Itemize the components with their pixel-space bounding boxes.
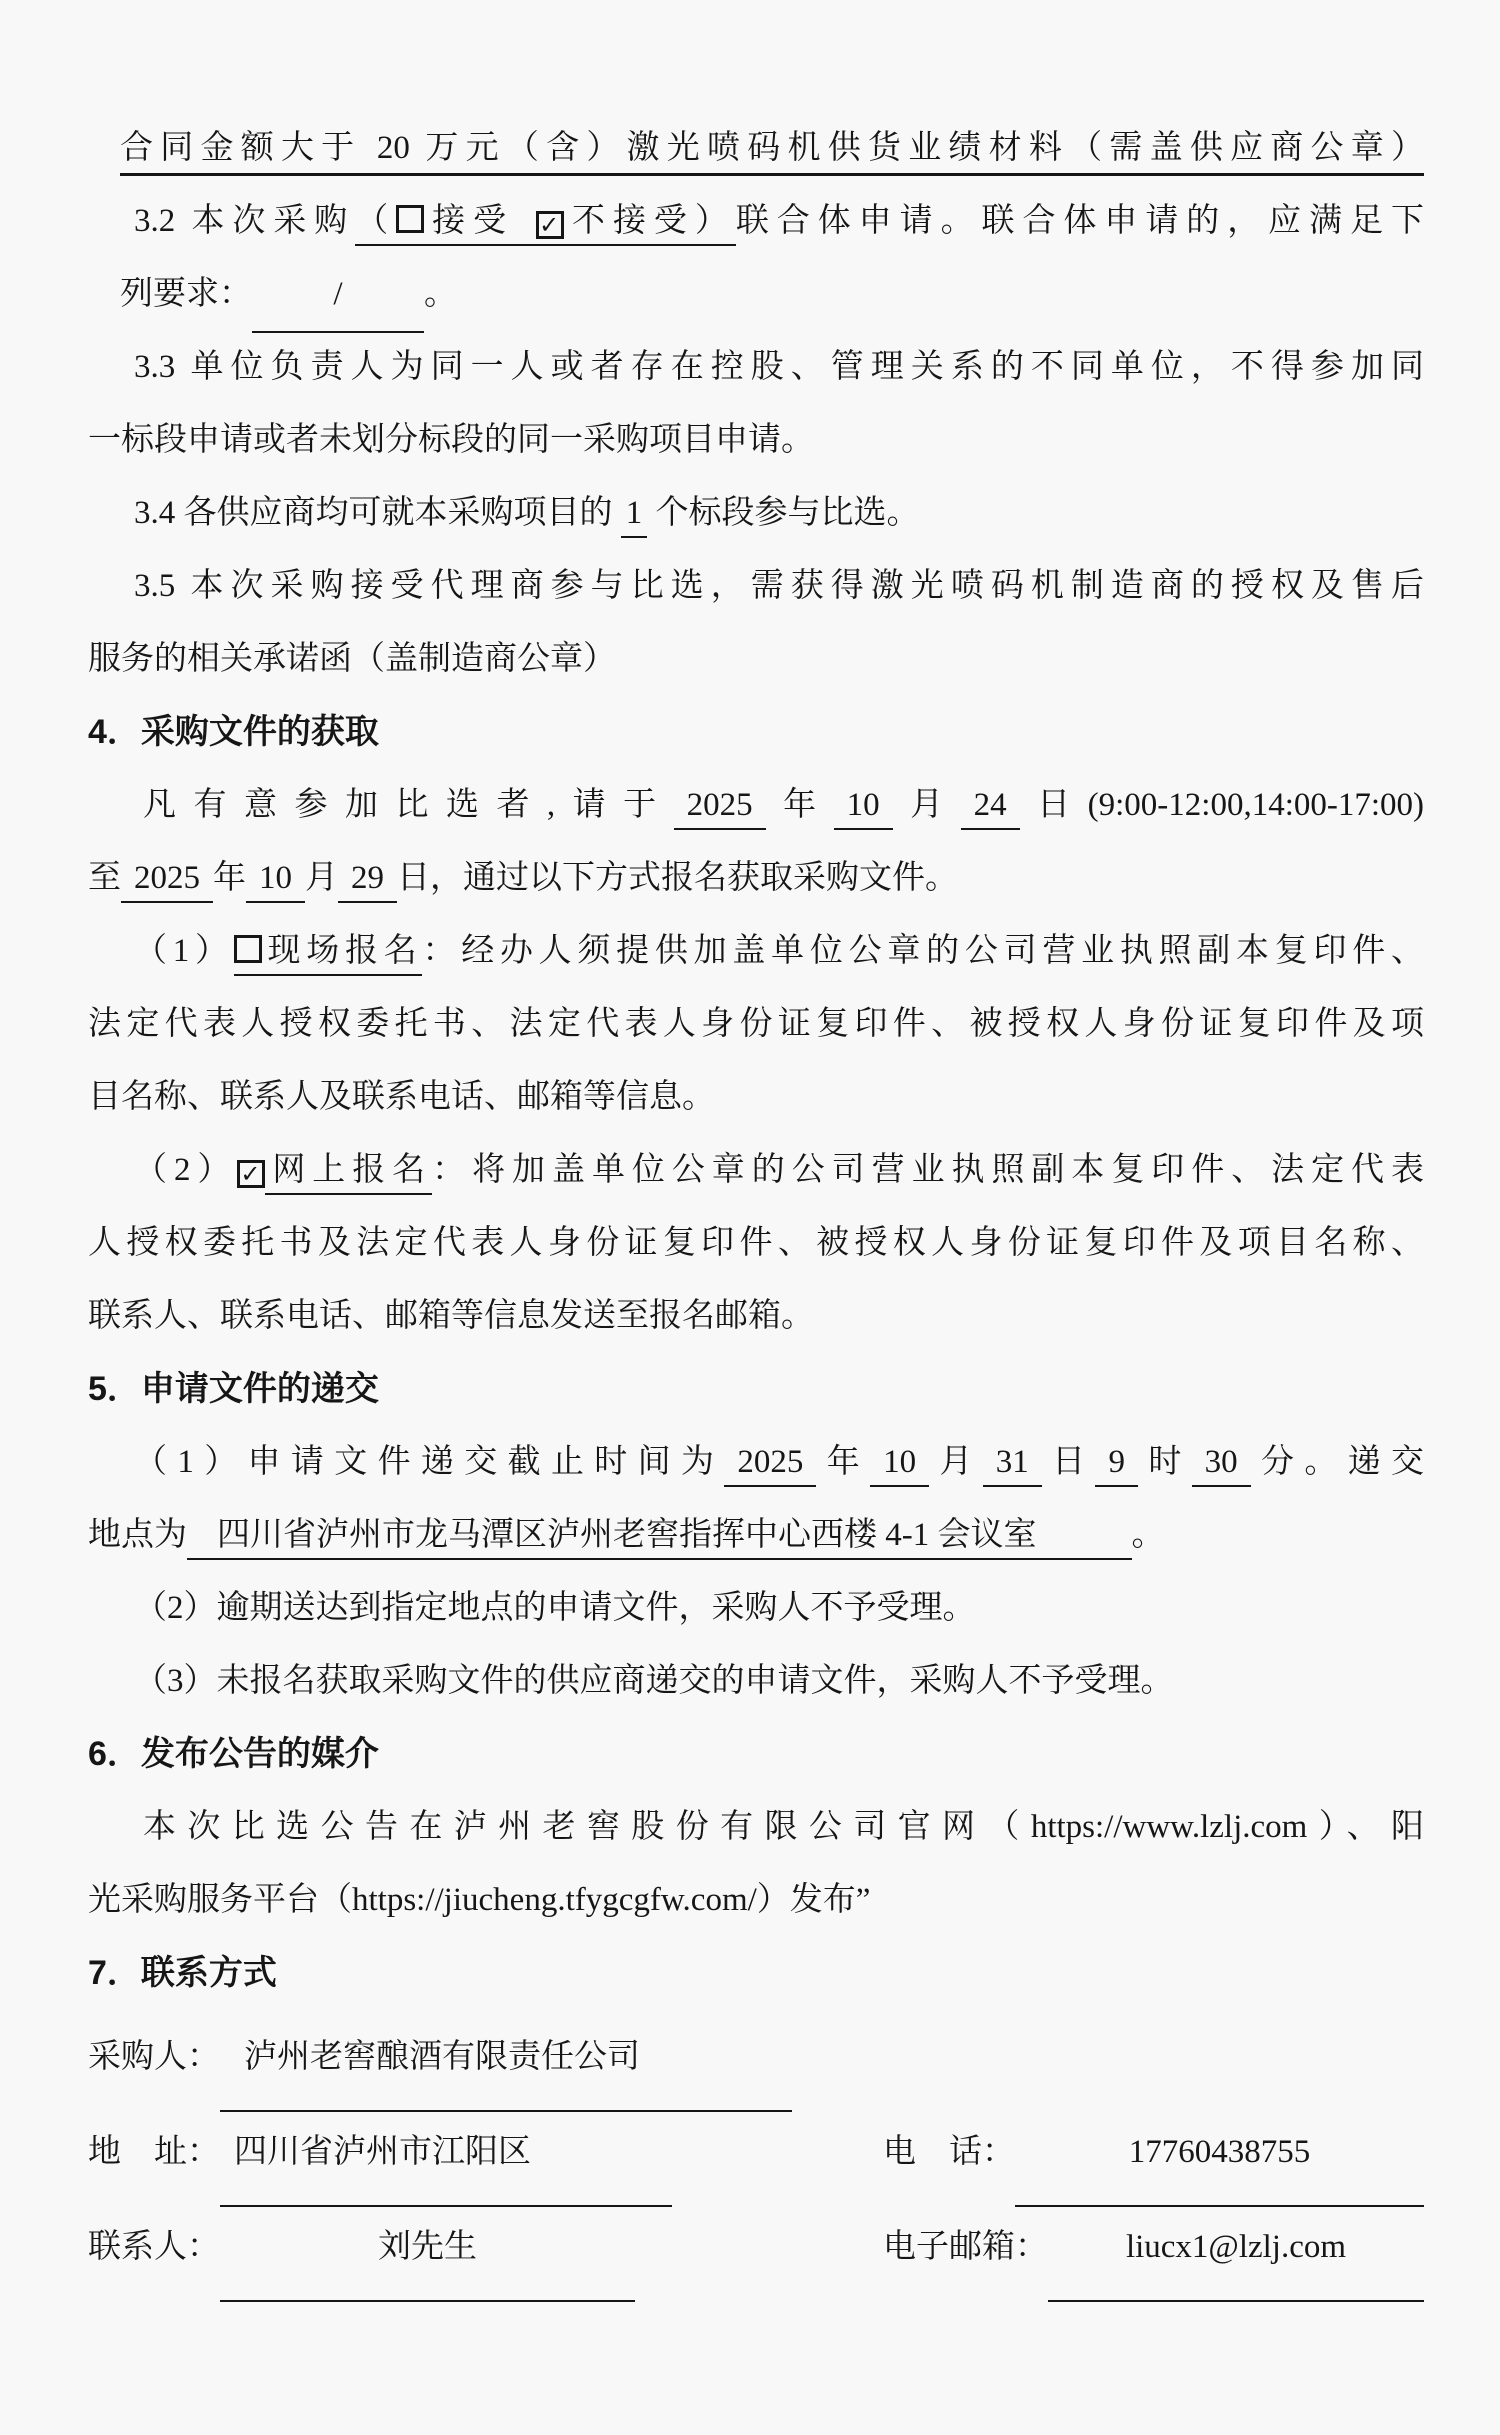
clause-3-2-tail: 联合体申请。联合体申请的，应满足下 [736, 203, 1424, 239]
location-lead: 地点为 [88, 1517, 187, 1553]
year-label-2: 年 [213, 860, 246, 896]
paren-close: ） [695, 203, 736, 239]
office-hours: 日(9:00-12:00,14:00-17:00) [1020, 787, 1424, 823]
start-month: 10 [834, 787, 893, 830]
period: 。 [424, 276, 457, 312]
start-day: 24 [961, 787, 1020, 830]
announcement-media-line2: 光采购服务平台（https://jiucheng.tfygcgfw.com/）发… [88, 1864, 1424, 1937]
online-registration-label: 网上报名 [265, 1152, 432, 1195]
section-4-heading: 4．采购文件的获取 [88, 696, 1424, 769]
deadline-minute: 30 [1192, 1444, 1251, 1487]
phone-value: 17760438755 [1015, 2105, 1424, 2207]
address-label: 地 址： [88, 2105, 220, 2200]
announcement-media-line1: 本次比选公告在泸州老窖股份有限公司官网（https://www.lzlj.com… [88, 1791, 1424, 1864]
clause-3-3-line2: 一标段申请或者未划分标段的同一采购项目申请。 [88, 404, 1424, 477]
end-day: 29 [338, 860, 397, 903]
check-icon: ✓ [240, 1160, 260, 1188]
period-lead: 凡有意参加比选者,请于 [143, 787, 674, 823]
onsite-registration-line3: 目名称、联系人及联系电话、邮箱等信息。 [88, 1061, 1424, 1134]
period-2: 。 [1132, 1517, 1165, 1553]
end-month: 10 [246, 860, 305, 903]
address-phone-row: 地 址：四川省泸州市江阳区 电 话：17760438755 [88, 2105, 1424, 2200]
onsite-registration-line2: 法定代表人授权委托书、法定代表人身份证复印件、被授权人身份证复印件及项 [88, 988, 1424, 1061]
joint-bid-choice: （接受✓不接受） [355, 203, 736, 246]
deadline-year: 2025 [724, 1444, 816, 1487]
contact-person-cell: 联系人：刘先生 [88, 2200, 883, 2302]
deadline-month: 10 [870, 1444, 929, 1487]
month-label-2: 月 [305, 860, 338, 896]
lot-count: 1 [621, 495, 648, 538]
checkbox-checked-icon: ✓ [536, 211, 564, 239]
unregistered-submission-line: （3）未报名获取采购文件的供应商递交的申请文件，采购人不予受理。 [88, 1645, 1424, 1718]
hour-label: 时 [1138, 1444, 1192, 1480]
requirement-label: 列要求： [120, 276, 252, 312]
month-label: 月 [893, 787, 961, 823]
address-cell: 地 址：四川省泸州市江阳区 [88, 2105, 883, 2207]
phone-label: 电 话： [883, 2105, 1015, 2200]
submission-deadline-line2: 地点为四川省泸州市龙马潭区泸州老窖指挥中心西楼 4-1 会议室。 [88, 1499, 1424, 1572]
section-7-heading: 7．联系方式 [88, 1937, 1424, 2010]
email-value: liucx1@lzlj.com [1048, 2200, 1424, 2302]
year-label: 年 [766, 787, 834, 823]
purchaser-label: 采购人： [88, 2010, 220, 2105]
onsite-registration-option: 现场报名 [234, 933, 423, 976]
clause-3-3-line1: 3.3 单位负责人为同一人或者存在控股、管理关系的不同单位，不得参加同 [88, 331, 1424, 404]
reject-label: 不接受 [564, 203, 695, 239]
check-icon: ✓ [539, 211, 559, 239]
address-value: 四川省泸州市江阳区 [220, 2105, 672, 2207]
end-year: 2025 [121, 860, 213, 903]
clause-3-2-lead: 3.2 本次采购 [134, 203, 355, 239]
requirement-blank: / [252, 258, 424, 333]
email-label: 电子邮箱： [883, 2200, 1048, 2295]
checkbox-checked-icon: ✓ [237, 1160, 265, 1188]
onsite-registration-line1: （1）现场报名：经办人须提供加盖单位公章的公司营业执照副本复印件、 [88, 915, 1424, 988]
registration-period-line1: 凡有意参加比选者,请于2025年10月24日(9:00-12:00,14:00-… [88, 769, 1424, 842]
contact-person-label: 联系人： [88, 2200, 220, 2295]
procurement-notice-page: 合同金额大于 20 万元（含）激光喷码机供货业绩材料（需盖供应商公章） 3.2 … [0, 0, 1500, 2435]
online-registration-line3: 联系人、联系电话、邮箱等信息发送至报名邮箱。 [88, 1280, 1424, 1353]
phone-cell: 电 话：17760438755 [883, 2105, 1424, 2207]
person-email-row: 联系人：刘先生 电子邮箱：liucx1@lzlj.com [88, 2200, 1424, 2295]
clause-3-4-tail: 个标段参与比选。 [647, 495, 919, 531]
paren-open: （ [355, 203, 396, 239]
online-registration-text: ：将加盖单位公章的公司营业执照副本复印件、法定代表 [432, 1152, 1424, 1188]
onsite-registration-label: 现场报名 [262, 933, 423, 969]
online-registration-line2: 人授权委托书及法定代表人身份证复印件、被授权人身份证复印件及项目名称、 [88, 1207, 1424, 1280]
period-tail: 日，通过以下方式报名获取采购文件。 [397, 860, 958, 896]
month-label-3: 月 [929, 1444, 983, 1480]
year-label-3: 年 [816, 1444, 870, 1480]
clause-3-5-line1: 3.5 本次采购接受代理商参与比选，需获得激光喷码机制造商的授权及售后 [88, 550, 1424, 623]
checkbox-unchecked-icon [234, 935, 262, 963]
performance-material-line: 合同金额大于 20 万元（含）激光喷码机供货业绩材料（需盖供应商公章） [88, 112, 1424, 185]
clause-3-2-line2: 列要求：/。 [88, 258, 1424, 331]
online-registration-line1: （2）✓网上报名：将加盖单位公章的公司营业执照副本复印件、法定代表 [88, 1134, 1424, 1207]
contact-person-value: 刘先生 [220, 2200, 635, 2302]
accept-label: 接受 [424, 203, 514, 239]
onsite-registration-text: ：经办人须提供加盖单位公章的公司营业执照副本复印件、 [422, 933, 1424, 969]
email-cell: 电子邮箱：liucx1@lzlj.com [883, 2200, 1424, 2302]
deadline-lead: （1）申请文件递交截止时间为 [134, 1444, 724, 1480]
start-year: 2025 [674, 787, 766, 830]
clause-3-5-line2: 服务的相关承诺函（盖制造商公章） [88, 623, 1424, 696]
section-5-heading: 5．申请文件的递交 [88, 1353, 1424, 1426]
deadline-tail: 分。递交 [1251, 1444, 1424, 1480]
clause-3-4-line: 3.4 各供应商均可就本采购项目的 1 个标段参与比选。 [88, 477, 1424, 550]
late-submission-line: （2）逾期送达到指定地点的申请文件，采购人不予受理。 [88, 1572, 1424, 1645]
performance-material-text: 合同金额大于 20 万元（含）激光喷码机供货业绩材料（需盖供应商公章） [120, 130, 1424, 176]
clause-3-2-line1: 3.2 本次采购（接受✓不接受）联合体申请。联合体申请的，应满足下 [88, 185, 1424, 258]
deadline-day: 31 [983, 1444, 1042, 1487]
day-label-3: 日 [1042, 1444, 1096, 1480]
until-label: 至 [88, 860, 121, 896]
item-1-number: （1） [134, 933, 234, 969]
clause-3-4-lead: 3.4 各供应商均可就本采购项目的 [134, 495, 621, 531]
purchaser-row: 采购人：泸州老窖酿酒有限责任公司 [88, 2010, 1424, 2105]
purchaser-value: 泸州老窖酿酒有限责任公司 [220, 2010, 792, 2112]
submission-location: 四川省泸州市龙马潭区泸州老窖指挥中心西楼 4-1 会议室 [187, 1517, 1132, 1560]
registration-period-line2: 至2025年10月29日，通过以下方式报名获取采购文件。 [88, 842, 1424, 915]
submission-deadline-line1: （1）申请文件递交截止时间为2025年10月31日9时30分。递交 [88, 1426, 1424, 1499]
checkbox-unchecked-icon [396, 205, 424, 233]
item-2-number: （2） [134, 1152, 237, 1188]
slash-placeholder: / [333, 276, 342, 312]
deadline-hour: 9 [1095, 1444, 1138, 1487]
section-6-heading: 6．发布公告的媒介 [88, 1718, 1424, 1791]
